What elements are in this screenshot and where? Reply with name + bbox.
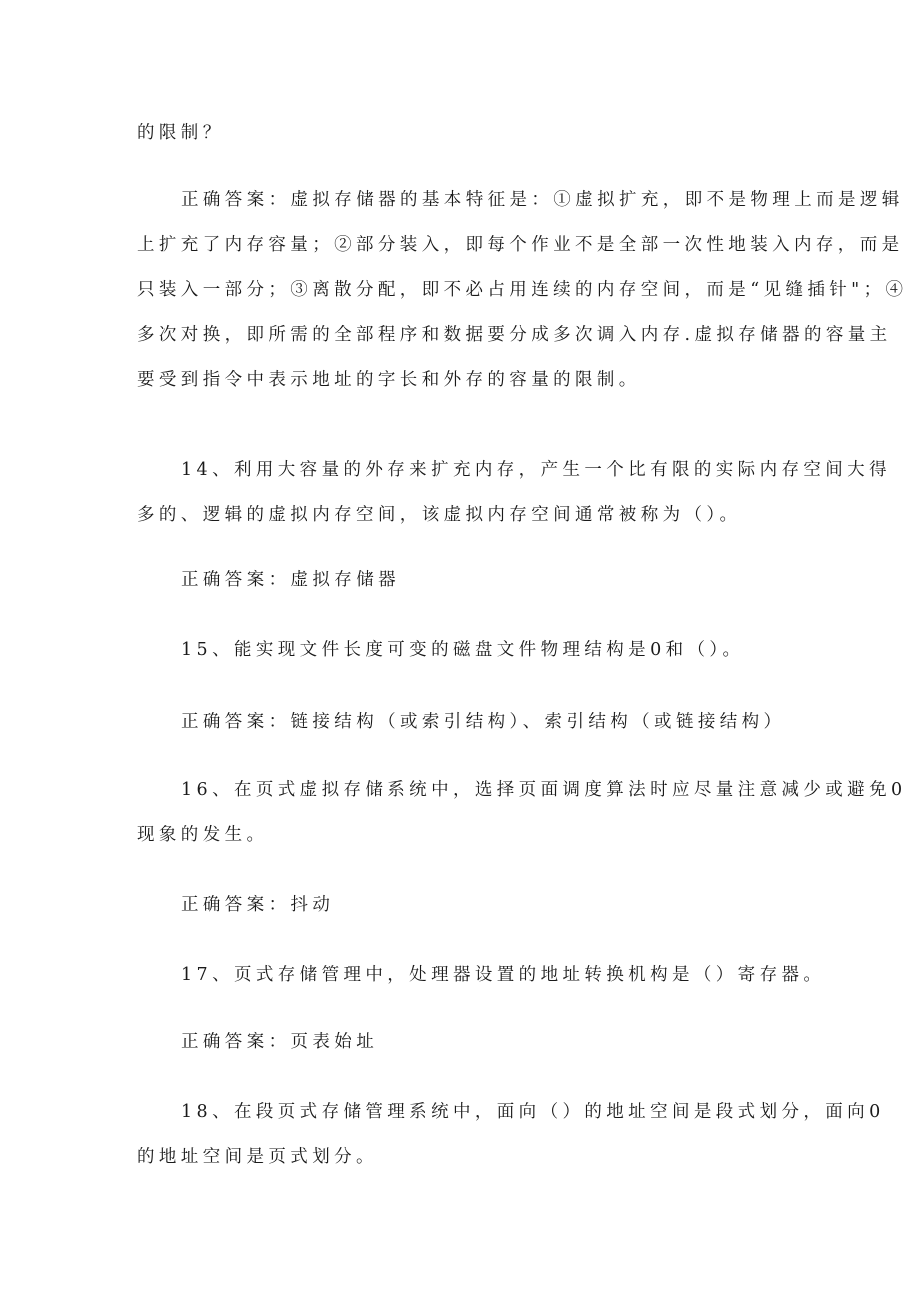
question-line: 14、利用大容量的外存来扩充内存，产生一个比有限的实际内存空间大得	[181, 458, 891, 482]
answer-line: 正确答案：虚拟存储器	[181, 568, 400, 592]
question-line: 的地址空间是页式划分。	[137, 1145, 378, 1169]
answer-line: 正确答案：页表始址	[181, 1030, 378, 1054]
question-line: 16、在页式虚拟存储系统中，选择页面调度算法时应尽量注意减少或避免0	[181, 778, 907, 802]
answer-line: 正确答案：虚拟存储器的基本特征是：①虚拟扩充，即不是物理上而是逻辑	[181, 188, 904, 212]
answer-line: 要受到指令中表示地址的字长和外存的容量的限制。	[137, 368, 641, 392]
question-line: 15、能实现文件长度可变的磁盘文件物理结构是0和（）。	[181, 638, 744, 662]
question-line: 18、在段页式存储管理系统中，面向（）的地址空间是段式划分，面向0	[181, 1100, 885, 1124]
question-line: 多的、逻辑的虚拟内存空间，该虚拟内存空间通常被称为（）。	[137, 503, 741, 527]
answer-line: 多次对换，即所需的全部程序和数据要分成多次调入内存.虚拟存储器的容量主	[137, 323, 892, 347]
answer-line: 只装入一部分；③离散分配，即不必占用连续的内存空间，而是“见缝插针"；④	[137, 278, 907, 302]
answer-line: 上扩充了内存容量；②部分装入，即每个作业不是全部一次性地装入内存，而是	[137, 233, 904, 257]
question-line: 现象的发生。	[137, 823, 268, 847]
answer-line: 正确答案：链接结构（或索引结构）、索引结构（或链接结构）	[181, 710, 785, 734]
answer-line: 正确答案：抖动	[181, 893, 334, 917]
previous-question-tail: 的限制？	[137, 121, 225, 145]
question-line: 17、页式存储管理中，处理器设置的地址转换机构是（）寄存器。	[181, 963, 825, 987]
